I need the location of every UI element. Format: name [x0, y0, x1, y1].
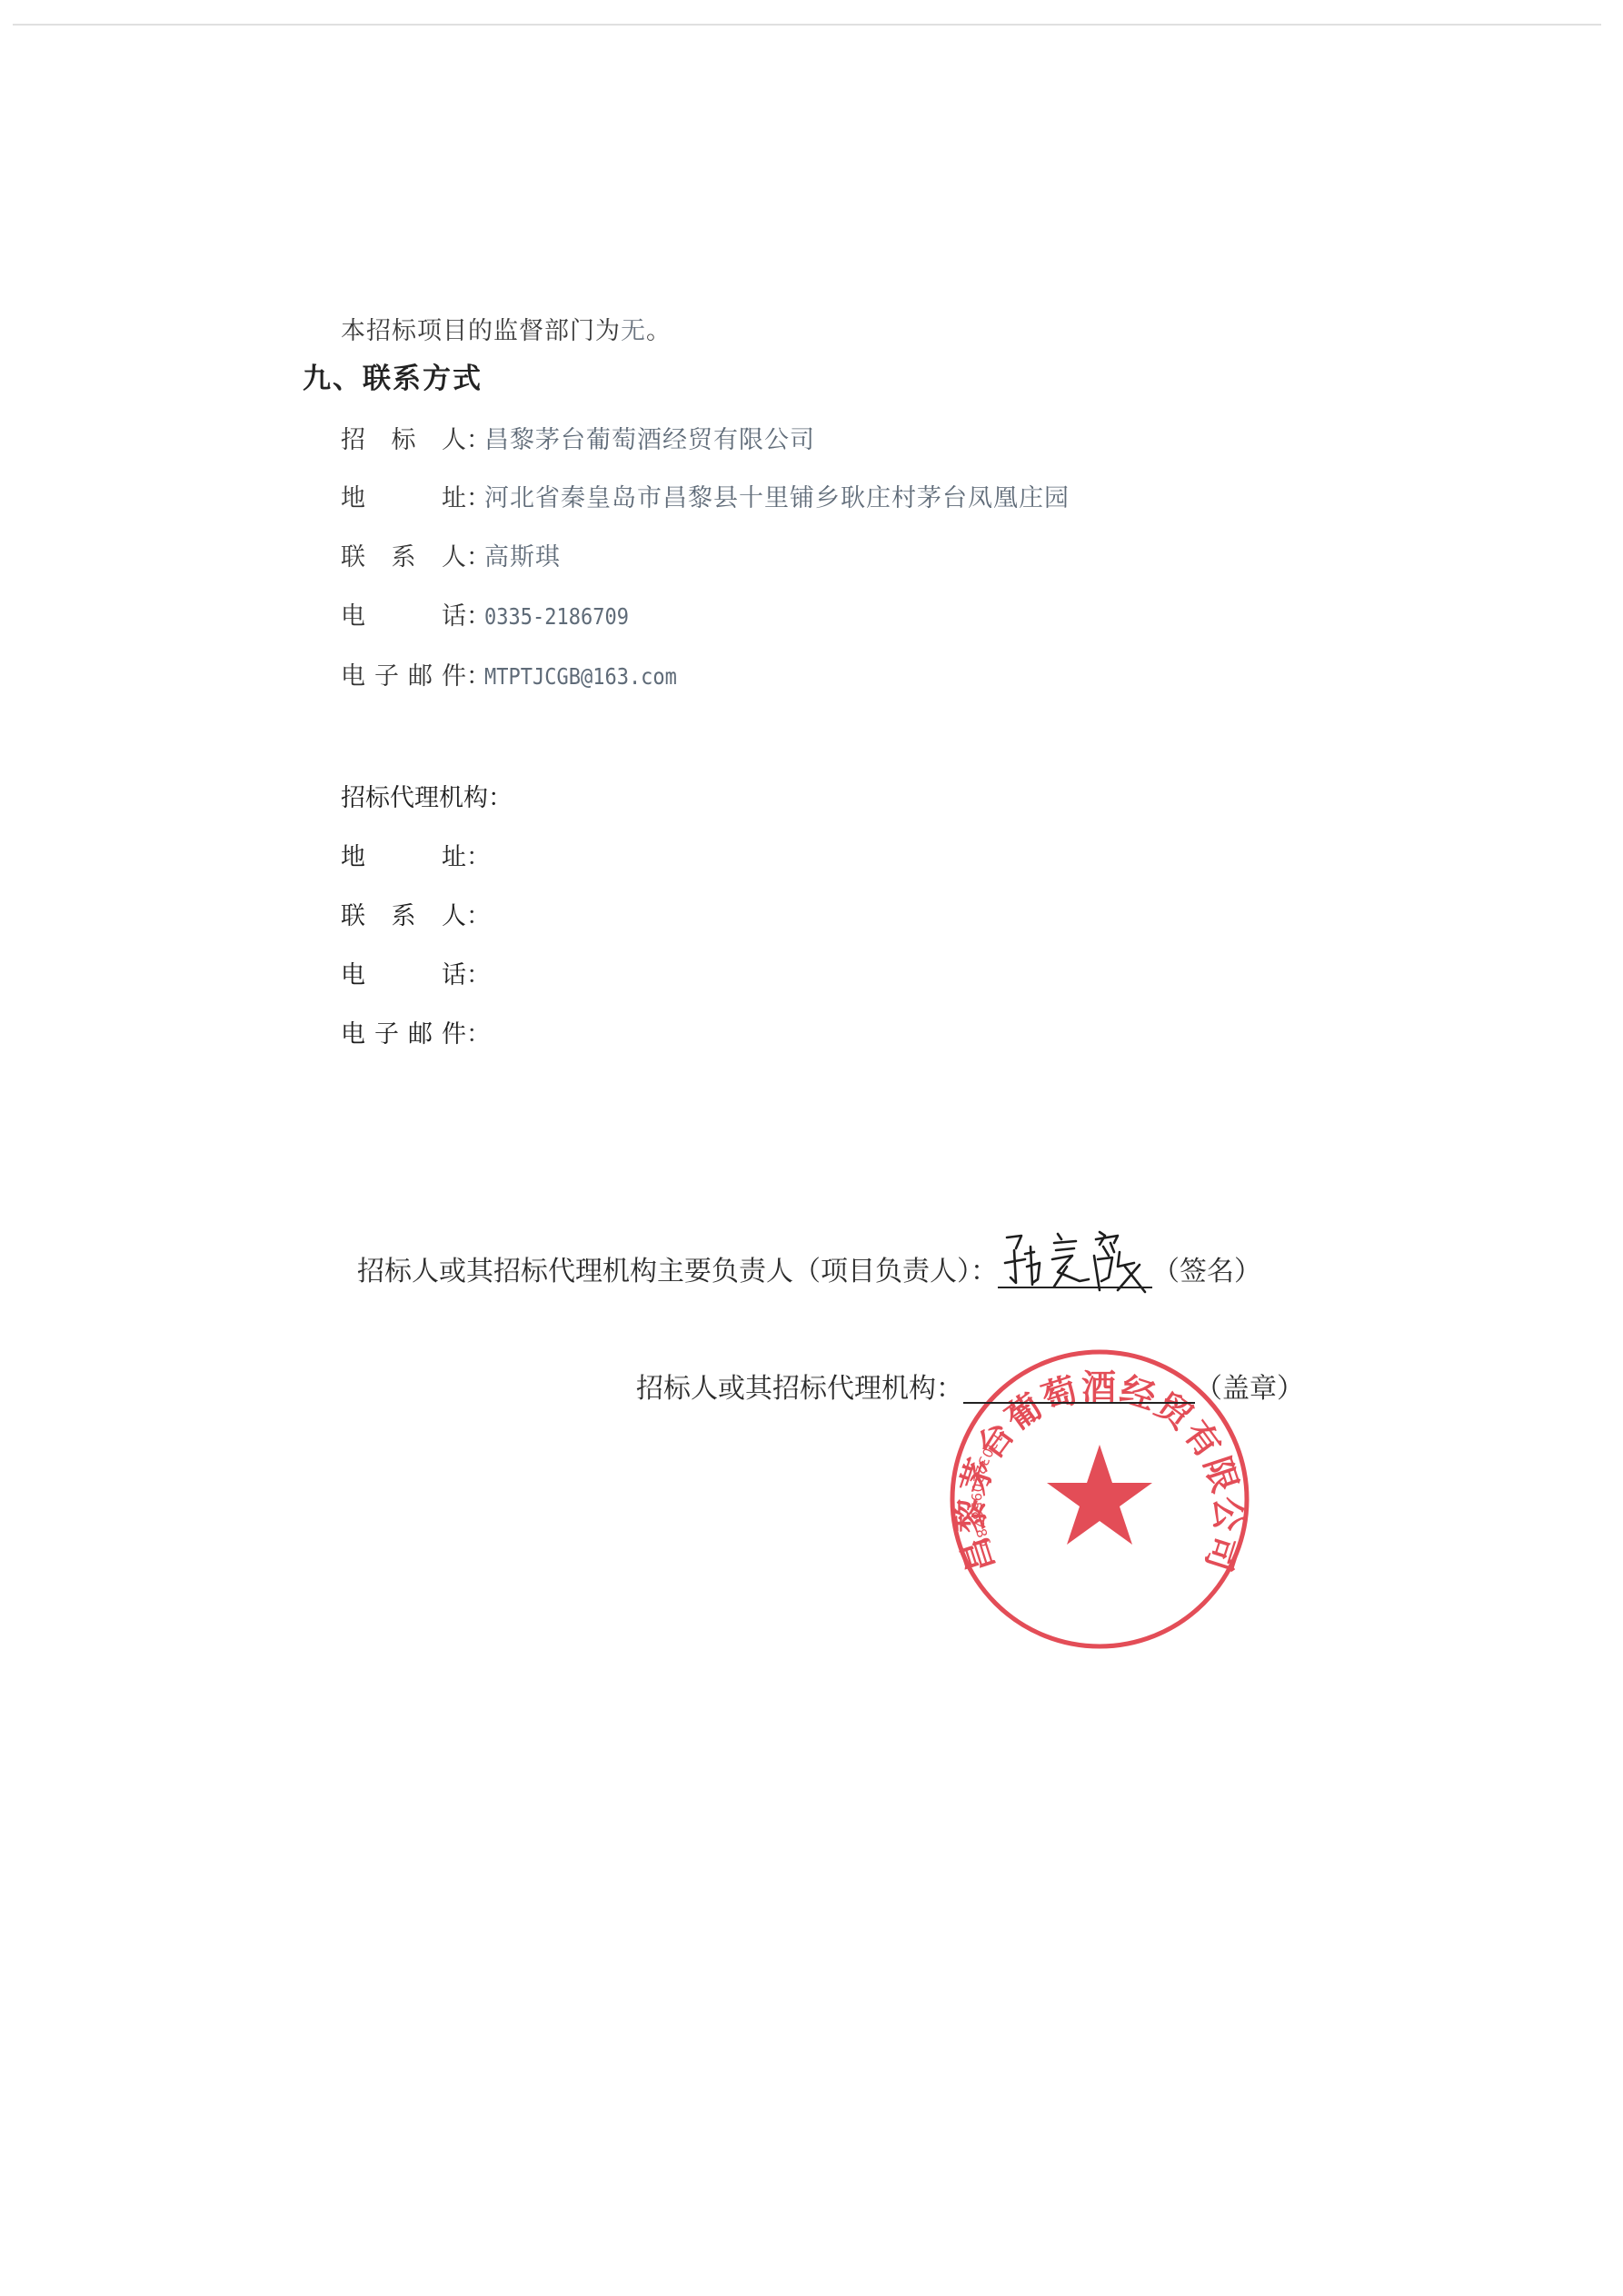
supervision-suffix: 。: [646, 317, 672, 345]
signature-line: 招标人或其招标代理机构主要负责人（项目负责人）： （签名）: [357, 1254, 1261, 1290]
tenderer-row: 招 标 人：昌黎茅台葡萄酒经贸有限公司: [341, 425, 815, 456]
agency-phone-row: 电 话：: [341, 960, 484, 991]
signature-field: [998, 1254, 1152, 1290]
supervision-value: 无: [621, 317, 646, 345]
email-value: MTPTJCGB@163.com: [484, 661, 677, 692]
company-seal-stamp-icon: 昌黎茅台葡萄酒经贸有限公司 1303220958286: [945, 1345, 1254, 1654]
contact-value: 高斯琪: [484, 542, 561, 573]
phone-label: 电 话: [341, 601, 466, 632]
colon: ：: [466, 542, 484, 573]
email-row: 电子邮件：MTPTJCGB@163.com: [341, 661, 703, 692]
email-label: 电子邮件: [341, 661, 466, 692]
supervision-prefix: 本招标项目的监督部门为: [341, 317, 621, 345]
handwritten-signature-icon: [998, 1227, 1157, 1299]
agency-phone-label: 电 话: [341, 960, 466, 991]
contact-label: 联 系 人: [341, 542, 466, 573]
colon: ：: [466, 960, 484, 991]
agency-email-label: 电子邮件: [341, 1019, 466, 1050]
seal-label: 招标人或其招标代理机构：: [636, 1373, 963, 1405]
colon: ：: [466, 601, 484, 632]
agency-contact-row: 联 系 人：: [341, 901, 484, 932]
colon: ：: [466, 1019, 484, 1050]
agency-address-label: 地 址: [341, 842, 466, 873]
section-heading: 九、联系方式: [303, 363, 483, 394]
address-label: 地 址: [341, 483, 466, 514]
agency-address-row: 地 址：: [341, 842, 484, 873]
colon: ：: [466, 483, 484, 514]
agency-contact-label: 联 系 人: [341, 901, 466, 932]
scan-edge-line: [13, 24, 1601, 25]
contact-row: 联 系 人：高斯琪: [341, 542, 561, 573]
signature-label: 招标人或其招标代理机构主要负责人（项目负责人）：: [357, 1256, 998, 1287]
address-row: 地 址：河北省秦皇岛市昌黎县十里铺乡耿庄村茅台凤凰庄园: [341, 483, 1070, 514]
phone-row: 电 话：0335-2186709: [341, 601, 649, 632]
signature-suffix: （签名）: [1152, 1256, 1261, 1287]
supervision-sentence: 本招标项目的监督部门为无。: [341, 316, 672, 347]
colon: ：: [466, 901, 484, 932]
agency-email-row: 电子邮件：: [341, 1019, 484, 1050]
colon: ：: [466, 425, 484, 456]
tenderer-value: 昌黎茅台葡萄酒经贸有限公司: [484, 425, 815, 456]
tenderer-label: 招 标 人: [341, 425, 466, 456]
colon: ：: [466, 842, 484, 873]
star-icon: [1047, 1445, 1152, 1545]
phone-value: 0335-2186709: [484, 601, 629, 632]
address-value: 河北省秦皇岛市昌黎县十里铺乡耿庄村茅台凤凰庄园: [484, 483, 1070, 514]
agency-title: 招标代理机构：: [341, 783, 513, 814]
colon: ：: [466, 661, 484, 692]
agency-title-row: 招标代理机构：: [341, 783, 513, 814]
